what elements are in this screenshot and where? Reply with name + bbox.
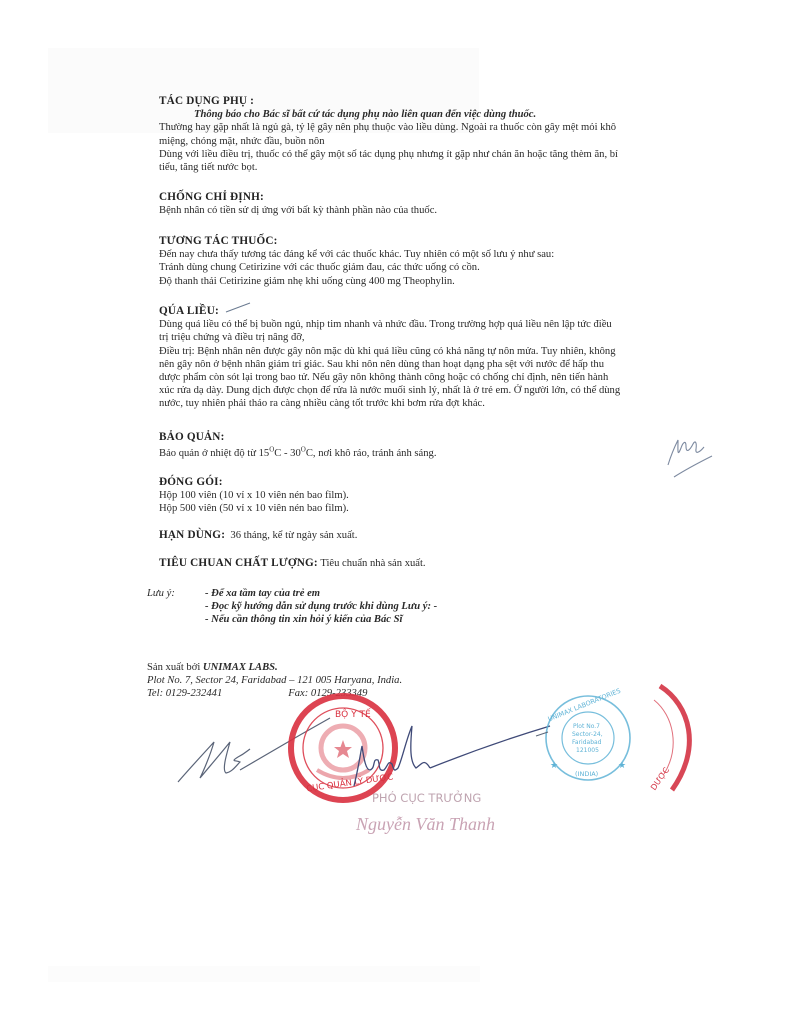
section-side-effects: TÁC DỤNG PHỤ : Thông báo cho Bác sĩ bất … <box>159 95 679 174</box>
shelf-life-value: 36 tháng, kể từ ngày sản xuất. <box>230 530 357 541</box>
section-notes: Lưu ý: - Để xa tầm tay của trẻ em - Đọc … <box>147 587 667 627</box>
company-stamp: UNIMAX LABORATORIES (INDIA) Plot No.7 Se… <box>546 687 630 780</box>
manufacturer-name: UNIMAX LABS. <box>203 662 278 673</box>
overdose-line: dược phẩm còn sót lại trong bao tử. Nếu … <box>159 371 679 384</box>
stamp-bottom-text: CỤC QUẢN LÝ DƯỢC <box>305 770 393 794</box>
manufacturer-tel: Tel: 0129-232441 <box>147 688 222 699</box>
ministry-of-health-stamp: BỘ Y TẾ CỤC QUẢN LÝ DƯỢC <box>291 696 395 800</box>
contraindications-heading: CHỐNG CHỈ ĐỊNH: <box>159 191 679 204</box>
overdose-line: xúc rửa dạ dày. Dung dịch được chọn để r… <box>159 384 679 397</box>
side-effects-line: tiểu, tăng tiết nước bọt. <box>159 161 679 174</box>
notes-label: Lưu ý: <box>147 587 187 627</box>
stamp-top-text: BỘ Y TẾ <box>335 708 371 720</box>
star-emblem-icon <box>334 740 352 758</box>
star-icon: ★ <box>550 760 558 770</box>
overdose-line: Dùng quá liều có thể bị buồn ngủ, nhịp t… <box>159 318 679 331</box>
company-stamp-center-line: Sector-24, <box>572 731 603 738</box>
section-contraindications: CHỐNG CHỈ ĐỊNH: Bệnh nhân có tiền sử dị … <box>159 191 679 217</box>
overdose-line: nên gây nôn ở bệnh nhân giảm tri giác. S… <box>159 358 679 371</box>
partial-stamp-text: DƯỢC <box>649 765 671 792</box>
interactions-line: Tránh dùng chung Cetirizine với các thuố… <box>159 261 679 274</box>
packaging-line: Hộp 500 viên (50 vỉ x 10 viên nén bao fi… <box>159 502 679 515</box>
signature-tail-icon <box>536 732 548 736</box>
scan-shade-bottom <box>48 966 480 982</box>
overdose-heading: QÚA LIỀU: <box>159 305 679 318</box>
storage-text-part: C - 30 <box>274 448 300 459</box>
company-stamp-bottom-text: (INDIA) <box>575 770 598 778</box>
side-effects-notice: Thông báo cho Bác sĩ bất cứ tác dụng phụ… <box>159 108 679 121</box>
packaging-line: Hộp 100 viên (10 vỉ x 10 viên nén bao fi… <box>159 489 679 502</box>
side-effects-line: Dùng với liều điều trị, thuốc có thể gây… <box>159 148 679 161</box>
interactions-line: Đến nay chưa thấy tương tác đáng kể với … <box>159 248 679 261</box>
company-stamp-center-line: 121005 <box>576 747 599 754</box>
section-manufacturer: Sản xuất bởi UNIMAX LABS. Plot No. 7, Se… <box>147 661 667 701</box>
quality-value: Tiêu chuẩn nhà sản xuất. <box>320 558 425 569</box>
note-item: - Đọc kỹ hướng dẫn sử dụng trước khi dùn… <box>205 600 437 613</box>
manufacturer-address: Plot No. 7, Sector 24, Faridabad – 121 0… <box>147 674 667 687</box>
side-effects-heading: TÁC DỤNG PHỤ : <box>159 95 679 108</box>
section-quality-standard: TIÊU CHUAN CHẤT LƯỢNG: Tiêu chuẩn nhà sả… <box>159 557 679 570</box>
side-effects-line: miệng, chóng mặt, nhức đầu, buồn nôn <box>159 135 679 148</box>
storage-heading: BẢO QUẢN: <box>159 431 679 444</box>
storage-text-part: C, nơi khô ráo, tránh ánh sáng. <box>306 448 437 459</box>
storage-text-part: Bảo quản ở nhiệt độ từ 15 <box>159 448 269 459</box>
packaging-heading: ĐÓNG GÓI: <box>159 476 679 489</box>
shelf-life-label: HẠN DÙNG: <box>159 529 225 541</box>
manufacturer-signature-icon <box>178 718 330 782</box>
contraindications-line: Bệnh nhân có tiền sử dị ứng với bất kỳ t… <box>159 204 679 217</box>
section-interactions: TƯƠNG TÁC THUỐC: Đến nay chưa thấy tương… <box>159 235 679 288</box>
note-item: - Nếu cần thông tin xin hỏi ý kiến của B… <box>205 613 437 626</box>
section-packaging: ĐÓNG GÓI: Hộp 100 viên (10 vỉ x 10 viên … <box>159 476 679 516</box>
overdose-line: Điều trị: Bệnh nhân nên được gây nôn mặc… <box>159 345 679 358</box>
note-item: - Để xa tầm tay của trẻ em <box>205 587 437 600</box>
section-overdose: QÚA LIỀU: Dùng quá liều có thể bị buồn n… <box>159 305 679 411</box>
overdose-line: trị triệu chứng và điều trị nâng đỡ, <box>159 331 679 344</box>
manufacturer-contact: Tel: 0129-232441Fax: 0129-233349 <box>147 687 667 700</box>
storage-text: Bảo quản ở nhiệt độ từ 15OC - 30OC, nơi … <box>159 447 679 460</box>
company-stamp-center-line: Faridabad <box>572 739 602 746</box>
section-shelf-life: HẠN DÙNG: 36 tháng, kể từ ngày sản xuất. <box>159 529 679 542</box>
side-effects-line: Thường hay gặp nhất là ngủ gà, tỷ lệ gây… <box>159 121 679 134</box>
star-icon: ★ <box>618 760 626 770</box>
manufacturer-fax: Fax: 0129-233349 <box>288 688 367 699</box>
manufacturer-prefix: Sản xuất bởi <box>147 662 203 673</box>
quality-label: TIÊU CHUAN CHẤT LƯỢNG: <box>159 557 318 569</box>
company-stamp-center-line: Plot No.7 <box>573 723 600 730</box>
section-storage: BẢO QUẢN: Bảo quản ở nhiệt độ từ 15OC - … <box>159 431 679 460</box>
partial-red-stamp: DƯỢC <box>649 686 689 792</box>
signatory-name: Nguyễn Văn Thanh <box>355 814 495 834</box>
interactions-line: Độ thanh thải Cetirizine giảm nhẹ khi uố… <box>159 275 679 288</box>
official-signature-icon <box>354 726 550 786</box>
interactions-heading: TƯƠNG TÁC THUỐC: <box>159 235 679 248</box>
manufacturer-line: Sản xuất bởi UNIMAX LABS. <box>147 661 667 674</box>
overdose-line: nước, tuy nhiên phải tháo ra càng nhiều … <box>159 397 679 410</box>
deputy-director-title: PHÓ CỤC TRƯỞNG <box>372 789 481 805</box>
